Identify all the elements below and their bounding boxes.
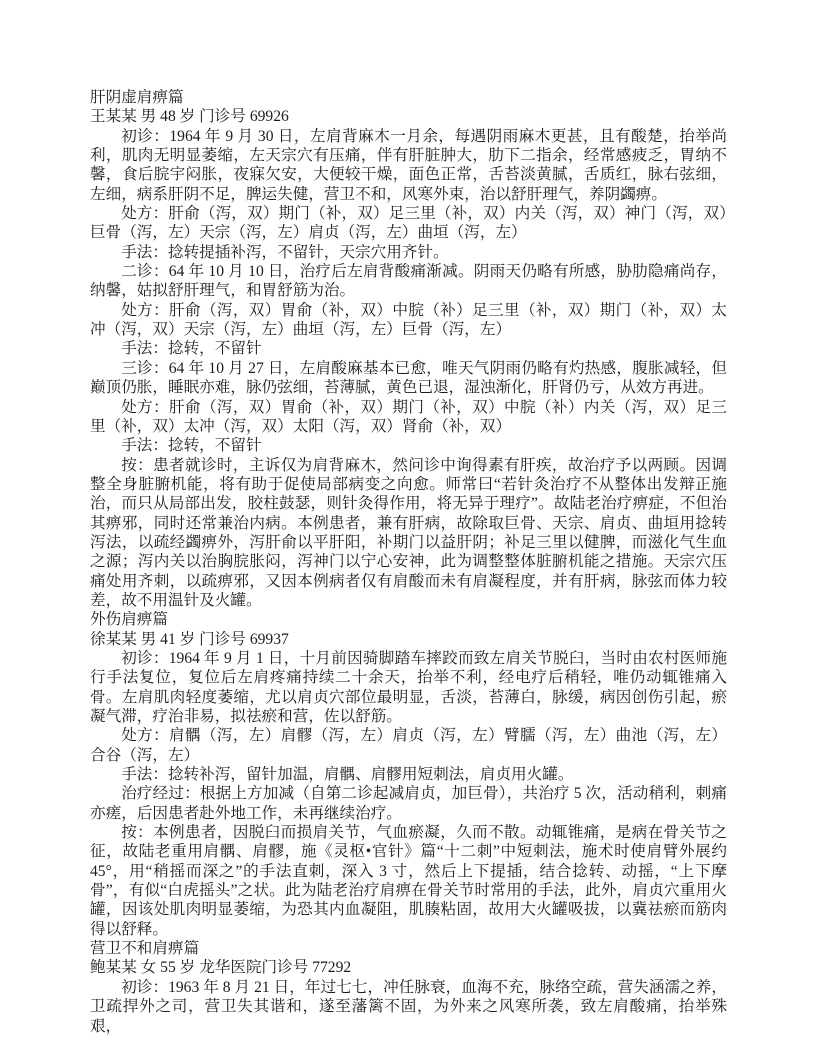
patient-info: 徐某某 男 41 岁 门诊号 69937 (90, 630, 727, 649)
paragraph-technique: 手法：捻转补泻，留针加温，肩髃、肩髎用短刺法，肩贞用火罐。 (90, 765, 727, 784)
paragraph-commentary: 按：患者就诊时，主诉仅为肩背麻木，然问诊中询得素有肝疾，故治疗予以两顾。因调整全… (90, 456, 727, 611)
paragraph-technique: 手法：捻转提插补泻，不留针，天宗穴用齐针。 (90, 243, 727, 262)
paragraph-first-visit: 初诊：1964 年 9 月 30 日，左肩背麻木一月余，每遇阴雨麻木更甚，且有酸… (90, 127, 727, 204)
paragraph-commentary: 按：本例患者，因脱臼而损肩关节，气血瘀凝，久而不散。动辄锥痛，是病在骨关节之征，… (90, 823, 727, 939)
paragraph-third-visit: 三诊：64 年 10 月 27 日，左肩酸麻基本已愈，唯天气阴雨仍略有灼热感，腹… (90, 359, 727, 398)
paragraph-technique: 手法：捻转，不留针 (90, 339, 727, 358)
case-section-ying-wei-disharmony: 营卫不和肩痹篇 鲍某某 女 55 岁 龙华医院门诊号 77292 初诊：1963… (90, 939, 727, 1036)
document-page: 肝阴虚肩痹篇 王某某 男 48 岁 门诊号 69926 初诊：1964 年 9 … (0, 0, 816, 1056)
section-title: 营卫不和肩痹篇 (90, 939, 727, 958)
paragraph-prescription: 处方：肩髃（泻，左）肩髎（泻，左）肩贞（泻，左）臂臑（泻，左）曲池（泻，左）合谷… (90, 726, 727, 765)
paragraph-prescription: 处方：肝俞（泻，双）胃俞（补，双）中脘（补）足三里（补，双）期门（补，双）太冲（… (90, 301, 727, 340)
paragraph-treatment-course: 治疗经过：根据上方加减（自第二诊起减肩贞，加巨骨），共治疗 5 次，活动稍利，刺… (90, 784, 727, 823)
section-title: 肝阴虚肩痹篇 (90, 88, 727, 107)
paragraph-first-visit: 初诊：1963 年 8 月 21 日，年过七七，冲任脉衰，血海不充，脉络空疏，营… (90, 978, 727, 1036)
case-section-liver-yin-deficiency: 肝阴虚肩痹篇 王某某 男 48 岁 门诊号 69926 初诊：1964 年 9 … (90, 88, 727, 610)
case-section-traumatic-shoulder: 外伤肩痹篇 徐某某 男 41 岁 门诊号 69937 初诊：1964 年 9 月… (90, 610, 727, 939)
paragraph-first-visit: 初诊：1964 年 9 月 1 日，十月前因骑脚踏车摔跤而致左肩关节脱臼，当时由… (90, 649, 727, 726)
paragraph-prescription: 处方：肝俞（泻，双）期门（补，双）足三里（补，双）内关（泻，双）神门（泻，双）巨… (90, 204, 727, 243)
section-title: 外伤肩痹篇 (90, 610, 727, 629)
patient-info: 鲍某某 女 55 岁 龙华医院门诊号 77292 (90, 958, 727, 977)
patient-info: 王某某 男 48 岁 门诊号 69926 (90, 107, 727, 126)
paragraph-second-visit: 二诊：64 年 10 月 10 日，治疗后左肩背酸痛渐减。阴雨天仍略有所感，胁肋… (90, 262, 727, 301)
paragraph-technique: 手法：捻转，不留针 (90, 436, 727, 455)
paragraph-prescription: 处方：肝俞（泻，双）胃俞（补，双）期门（补，双）中脘（补）内关（泻，双）足三里（… (90, 398, 727, 437)
